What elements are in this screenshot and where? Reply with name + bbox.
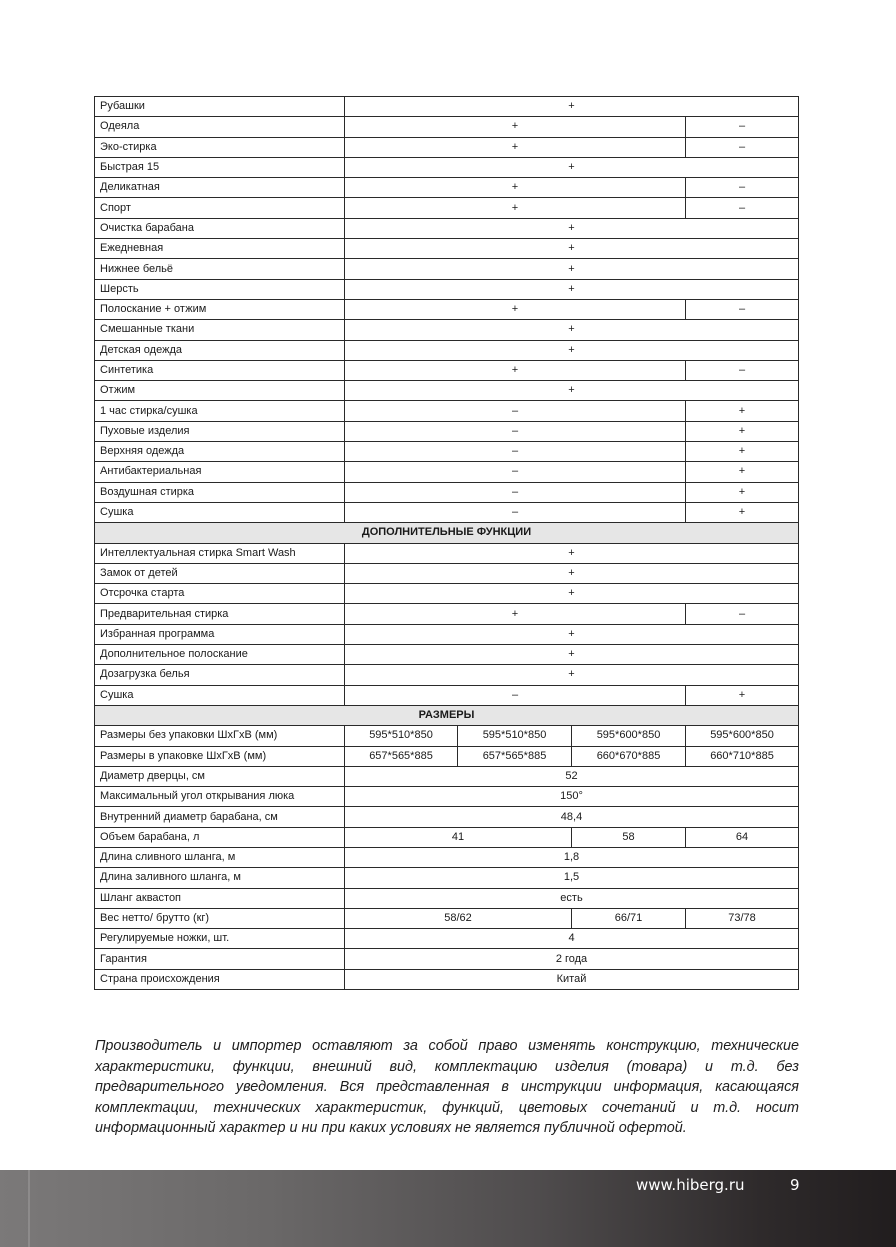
table-row: Замок от детей+ — [95, 563, 799, 583]
value-cell: 4 — [345, 929, 799, 949]
value-cell: + — [345, 137, 686, 157]
row-label: Спорт — [95, 198, 345, 218]
value-cell: 660*710*885 — [686, 746, 799, 766]
row-label: Эко-стирка — [95, 137, 345, 157]
value-cell: – — [686, 137, 799, 157]
value-cell: + — [345, 340, 799, 360]
section-header-row: ДОПОЛНИТЕЛЬНЫЕ ФУНКЦИИ — [95, 523, 799, 543]
value-cell: + — [345, 117, 686, 137]
table-row: Дозагрузка белья+ — [95, 665, 799, 685]
table-row: Эко-стирка+– — [95, 137, 799, 157]
row-label: Воздушная стирка — [95, 482, 345, 502]
table-row: Нижнее бельё+ — [95, 259, 799, 279]
value-cell: + — [345, 645, 799, 665]
row-label: Размеры без упаковки ШхГхВ (мм) — [95, 726, 345, 746]
table-row: Внутренний диаметр барабана, см48,4 — [95, 807, 799, 827]
value-cell: + — [345, 279, 799, 299]
table-row: Синтетика+– — [95, 360, 799, 380]
value-cell: + — [345, 543, 799, 563]
value-cell: + — [345, 563, 799, 583]
row-label: Быстрая 15 — [95, 157, 345, 177]
table-row: Ежедневная+ — [95, 239, 799, 259]
table-row: Верхняя одежда–+ — [95, 442, 799, 462]
row-label: Регулируемые ножки, шт. — [95, 929, 345, 949]
row-label: Гарантия — [95, 949, 345, 969]
value-cell: + — [345, 360, 686, 380]
row-label: Антибактериальная — [95, 462, 345, 482]
table-row: Избранная программа+ — [95, 624, 799, 644]
table-row: Интеллектуальная стирка Smart Wash+ — [95, 543, 799, 563]
row-label: Нижнее бельё — [95, 259, 345, 279]
row-label: Шланг аквастоп — [95, 888, 345, 908]
table-row: Спорт+– — [95, 198, 799, 218]
row-label: Дополнительное полоскание — [95, 645, 345, 665]
table-row: Страна происхожденияКитай — [95, 969, 799, 989]
value-cell: 657*565*885 — [345, 746, 458, 766]
value-cell: 52 — [345, 766, 799, 786]
value-cell: 1,8 — [345, 847, 799, 867]
row-label: Длина сливного шланга, м — [95, 847, 345, 867]
table-row: Шерсть+ — [95, 279, 799, 299]
row-label: Деликатная — [95, 178, 345, 198]
row-label: Замок от детей — [95, 563, 345, 583]
row-label: Рубашки — [95, 97, 345, 117]
table-row: Диаметр дверцы, см52 — [95, 766, 799, 786]
row-label: Синтетика — [95, 360, 345, 380]
row-label: Размеры в упаковке ШхГхВ (мм) — [95, 746, 345, 766]
table-row: Деликатная+– — [95, 178, 799, 198]
row-label: Одеяла — [95, 117, 345, 137]
table-row: Воздушная стирка–+ — [95, 482, 799, 502]
value-cell: + — [345, 381, 799, 401]
value-cell: + — [345, 97, 799, 117]
table-row: Шланг аквастопесть — [95, 888, 799, 908]
row-label: Интеллектуальная стирка Smart Wash — [95, 543, 345, 563]
row-label: Диаметр дверцы, см — [95, 766, 345, 786]
value-cell: 660*670*885 — [572, 746, 686, 766]
row-label: Сушка — [95, 685, 345, 705]
table-row: Предварительная стирка+– — [95, 604, 799, 624]
value-cell: – — [345, 442, 686, 462]
value-cell: + — [345, 239, 799, 259]
row-label: Отжим — [95, 381, 345, 401]
row-label: Очистка барабана — [95, 218, 345, 238]
value-cell: – — [686, 178, 799, 198]
value-cell: + — [686, 685, 799, 705]
table-row: Регулируемые ножки, шт.4 — [95, 929, 799, 949]
value-cell: + — [345, 604, 686, 624]
table-row: Полоскание + отжим+– — [95, 299, 799, 319]
table-row: Объем барабана, л415864 — [95, 827, 799, 847]
value-cell: – — [686, 604, 799, 624]
value-cell: есть — [345, 888, 799, 908]
value-cell: 150° — [345, 787, 799, 807]
value-cell: 58 — [572, 827, 686, 847]
footer-bar: www.hiberg.ru 9 — [0, 1170, 896, 1247]
value-cell: – — [345, 502, 686, 522]
section-title: РАЗМЕРЫ — [95, 705, 799, 725]
row-label: Верхняя одежда — [95, 442, 345, 462]
value-cell: 64 — [686, 827, 799, 847]
page-number: 9 — [790, 1176, 800, 1194]
row-label: Шерсть — [95, 279, 345, 299]
value-cell: – — [345, 401, 686, 421]
value-cell: – — [345, 421, 686, 441]
value-cell: 595*600*850 — [572, 726, 686, 746]
specifications-table: Рубашки+Одеяла+–Эко-стирка+–Быстрая 15+Д… — [94, 96, 799, 990]
table-row: Гарантия2 года — [95, 949, 799, 969]
value-cell: + — [686, 421, 799, 441]
specifications-table-body: Рубашки+Одеяла+–Эко-стирка+–Быстрая 15+Д… — [95, 97, 799, 990]
table-row: Очистка барабана+ — [95, 218, 799, 238]
table-row: Быстрая 15+ — [95, 157, 799, 177]
value-cell: 595*600*850 — [686, 726, 799, 746]
value-cell: – — [686, 299, 799, 319]
value-cell: 1,5 — [345, 868, 799, 888]
value-cell: + — [345, 584, 799, 604]
value-cell: + — [686, 442, 799, 462]
row-label: Полоскание + отжим — [95, 299, 345, 319]
value-cell: 73/78 — [686, 908, 799, 928]
footer-divider — [28, 1170, 30, 1247]
value-cell: + — [345, 198, 686, 218]
table-row: Отжим+ — [95, 381, 799, 401]
value-cell: 657*565*885 — [458, 746, 572, 766]
value-cell: + — [686, 401, 799, 421]
value-cell: – — [345, 462, 686, 482]
table-row: Размеры в упаковке ШхГхВ (мм)657*565*885… — [95, 746, 799, 766]
table-row: Длина заливного шланга, м1,5 — [95, 868, 799, 888]
value-cell: – — [345, 482, 686, 502]
row-label: Максимальный угол открывания люка — [95, 787, 345, 807]
section-header-row: РАЗМЕРЫ — [95, 705, 799, 725]
value-cell: + — [686, 502, 799, 522]
table-row: Сушка–+ — [95, 502, 799, 522]
table-row: Детская одежда+ — [95, 340, 799, 360]
value-cell: – — [686, 360, 799, 380]
disclaimer-text: Производитель и импортер оставляют за со… — [95, 1036, 799, 1139]
value-cell: + — [345, 665, 799, 685]
table-row: Одеяла+– — [95, 117, 799, 137]
row-label: Сушка — [95, 502, 345, 522]
value-cell: – — [345, 685, 686, 705]
table-row: Антибактериальная–+ — [95, 462, 799, 482]
row-label: Смешанные ткани — [95, 320, 345, 340]
value-cell: 2 года — [345, 949, 799, 969]
table-row: Сушка–+ — [95, 685, 799, 705]
row-label: Дозагрузка белья — [95, 665, 345, 685]
value-cell: 48,4 — [345, 807, 799, 827]
row-label: Вес нетто/ брутто (кг) — [95, 908, 345, 928]
table-row: Рубашки+ — [95, 97, 799, 117]
value-cell: Китай — [345, 969, 799, 989]
row-label: 1 час стирка/сушка — [95, 401, 345, 421]
table-row: 1 час стирка/сушка–+ — [95, 401, 799, 421]
table-row: Размеры без упаковки ШхГхВ (мм)595*510*8… — [95, 726, 799, 746]
row-label: Пуховые изделия — [95, 421, 345, 441]
value-cell: 58/62 — [345, 908, 572, 928]
table-row: Пуховые изделия–+ — [95, 421, 799, 441]
value-cell: + — [345, 624, 799, 644]
value-cell: + — [345, 218, 799, 238]
website-link[interactable]: www.hiberg.ru — [636, 1176, 745, 1194]
table-row: Отсрочка старта+ — [95, 584, 799, 604]
value-cell: + — [345, 320, 799, 340]
value-cell: – — [686, 198, 799, 218]
value-cell: + — [345, 299, 686, 319]
value-cell: 66/71 — [572, 908, 686, 928]
value-cell: + — [686, 482, 799, 502]
table-row: Дополнительное полоскание+ — [95, 645, 799, 665]
table-row: Смешанные ткани+ — [95, 320, 799, 340]
value-cell: 595*510*850 — [458, 726, 572, 746]
row-label: Предварительная стирка — [95, 604, 345, 624]
table-row: Длина сливного шланга, м1,8 — [95, 847, 799, 867]
value-cell: + — [345, 259, 799, 279]
row-label: Внутренний диаметр барабана, см — [95, 807, 345, 827]
row-label: Избранная программа — [95, 624, 345, 644]
row-label: Отсрочка старта — [95, 584, 345, 604]
row-label: Объем барабана, л — [95, 827, 345, 847]
row-label: Страна происхождения — [95, 969, 345, 989]
table-row: Максимальный угол открывания люка150° — [95, 787, 799, 807]
row-label: Длина заливного шланга, м — [95, 868, 345, 888]
value-cell: 41 — [345, 827, 572, 847]
section-title: ДОПОЛНИТЕЛЬНЫЕ ФУНКЦИИ — [95, 523, 799, 543]
value-cell: + — [345, 178, 686, 198]
value-cell: – — [686, 117, 799, 137]
value-cell: + — [345, 157, 799, 177]
value-cell: 595*510*850 — [345, 726, 458, 746]
table-row: Вес нетто/ брутто (кг)58/6266/7173/78 — [95, 908, 799, 928]
row-label: Детская одежда — [95, 340, 345, 360]
value-cell: + — [686, 462, 799, 482]
row-label: Ежедневная — [95, 239, 345, 259]
